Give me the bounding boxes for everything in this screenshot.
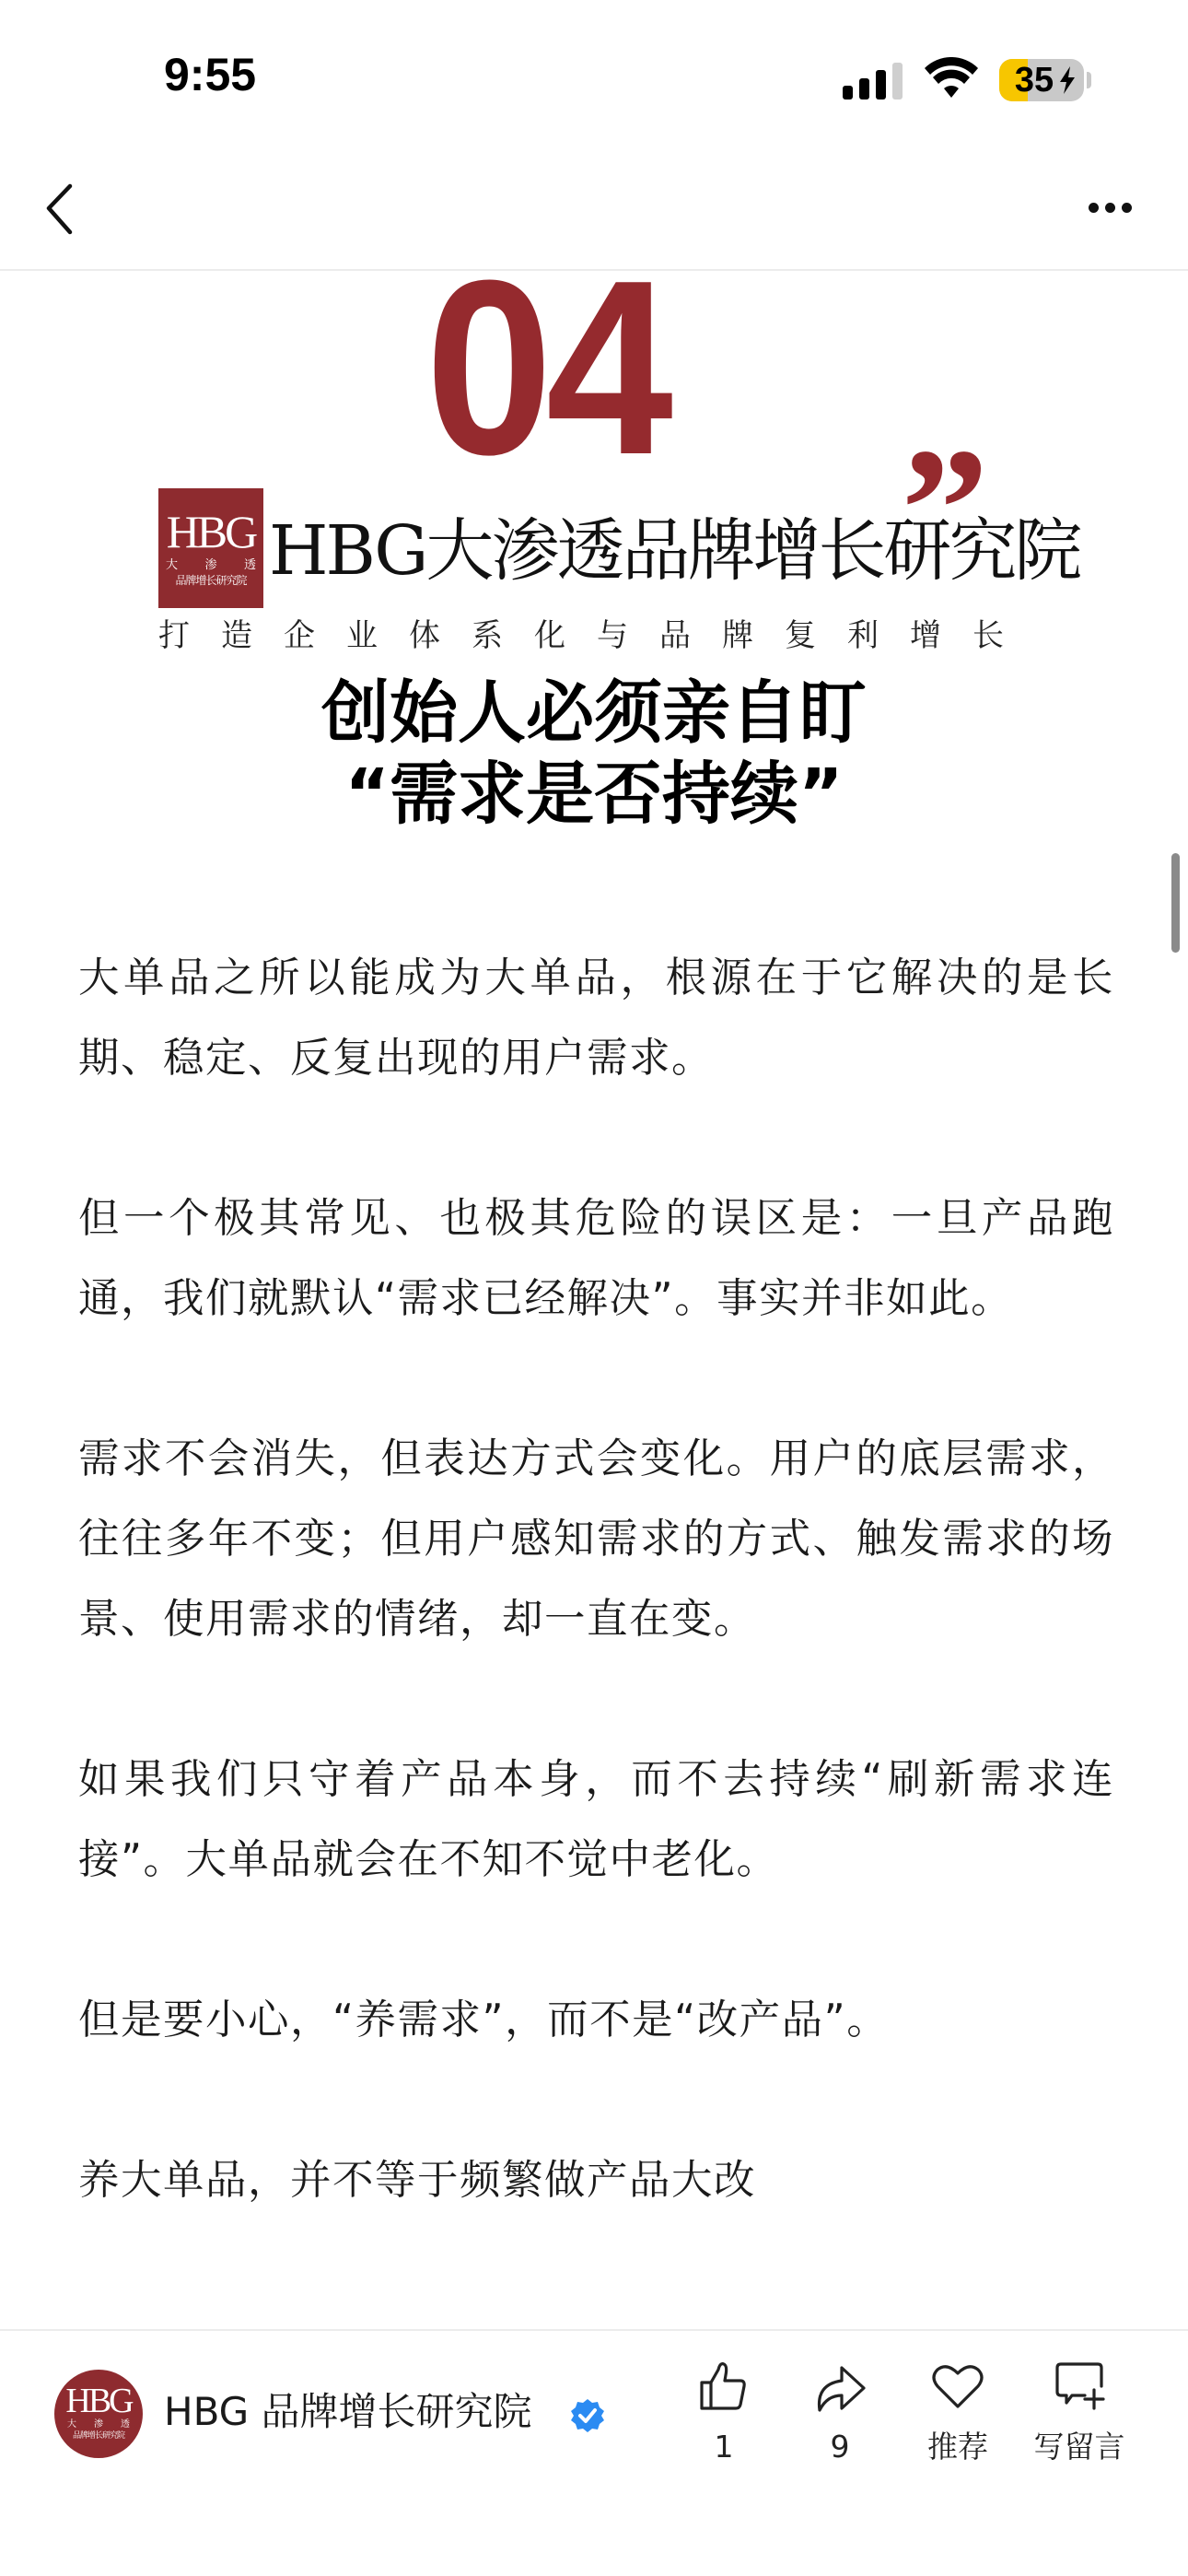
wifi-icon	[924, 57, 979, 100]
share-icon	[810, 2357, 869, 2416]
battery-indicator: 35	[999, 59, 1084, 101]
bottom-action-bar: HBG 大 渗 透 品牌增长研究院 HBG 品牌增长研究院 1 9 推荐	[0, 2329, 1188, 2576]
logo-text-hbg: HBG	[158, 505, 263, 558]
logo-char: 大	[166, 558, 178, 573]
logo-text-row: 大 渗 透	[158, 558, 263, 573]
write-comment-button[interactable]: 写留言	[1024, 2357, 1135, 2486]
scrollbar-thumb[interactable]	[1171, 853, 1180, 953]
recommend-button[interactable]: 推荐	[903, 2357, 1013, 2486]
verified-badge-icon	[569, 2397, 606, 2434]
share-button[interactable]: 9	[785, 2357, 895, 2486]
write-comment-label: 写留言	[1024, 2429, 1135, 2465]
more-options-button[interactable]	[1077, 184, 1142, 230]
heart-icon	[928, 2357, 987, 2416]
quote-mark-decoration: „	[903, 332, 972, 507]
like-button[interactable]: 1	[669, 2357, 779, 2486]
article-paragraph: 但一个极其常见、也极其危险的误区是：一旦产品跑通，我们就默认“需求已经解决”。事…	[78, 1178, 1114, 1339]
tagline-char: 复	[785, 615, 816, 656]
tagline-char: 与	[597, 615, 628, 656]
tagline: 打 造 企 业 体 系 化 与 品 牌 复 利 增 长	[158, 615, 1004, 656]
thumbs-up-icon	[694, 2357, 753, 2416]
headline-line-1: 创始人必须亲自盯	[0, 673, 1188, 754]
avatar-text-hbg: HBG	[54, 2383, 143, 2419]
charging-bolt-icon	[1058, 66, 1077, 94]
article-body: 大单品之所以能成为大单品，根源在于它解决的是长期、稳定、反复出现的用户需求。 但…	[78, 938, 1114, 2329]
avatar-subtitle: 品牌增长研究院	[54, 2430, 143, 2441]
avatar-text-row: 大 渗 透	[54, 2419, 143, 2430]
chevron-left-icon	[37, 177, 92, 241]
tagline-char: 长	[973, 615, 1004, 656]
headline-line-2: “需求是否持续”	[0, 754, 1188, 835]
cellular-signal-icon	[843, 63, 903, 100]
tagline-char: 体	[409, 615, 440, 656]
account-avatar[interactable]: HBG 大 渗 透 品牌增长研究院	[54, 2370, 143, 2458]
tagline-char: 系	[472, 615, 503, 656]
org-logo: HBG 大 渗 透 品牌增长研究院	[158, 488, 263, 608]
avatar-char: 大	[67, 2419, 76, 2430]
tagline-char: 化	[534, 615, 565, 656]
tagline-char: 业	[346, 615, 378, 656]
article-paragraph: 如果我们只守着产品本身，而不去持续“刷新需求连接”。大单品就会在不知不觉中老化。	[78, 1739, 1114, 1900]
article-headline: 创始人必须亲自盯 “需求是否持续”	[0, 673, 1188, 835]
comment-add-icon	[1050, 2357, 1109, 2416]
back-button[interactable]	[37, 177, 92, 241]
article-paragraph: 但是要小心，“养需求”，而不是“改产品”。	[78, 1980, 1114, 2060]
logo-char: 渗	[204, 558, 216, 573]
article-paragraph-partial: 养大单品，并不等于频繁做产品大改	[78, 2140, 1114, 2220]
recommend-label: 推荐	[903, 2429, 1013, 2465]
article-paragraph: 大单品之所以能成为大单品，根源在于它解决的是长期、稳定、反复出现的用户需求。	[78, 938, 1114, 1098]
org-title: HBG大渗透品牌增长研究院	[269, 505, 1079, 597]
tagline-char: 利	[847, 615, 879, 656]
account-name[interactable]: HBG 品牌增长研究院	[164, 2384, 532, 2440]
status-bar: 9:55 35	[0, 0, 1188, 157]
logo-char: 透	[244, 558, 256, 573]
more-horizontal-icon-dot	[1122, 203, 1132, 213]
more-horizontal-icon-dot	[1105, 203, 1115, 213]
article-paragraph: 需求不会消失，但表达方式会变化。用户的底层需求，往往多年不变；但用户感知需求的方…	[78, 1419, 1114, 1659]
logo-subtitle: 品牌增长研究院	[158, 573, 263, 588]
section-number: 04	[425, 263, 667, 474]
tagline-char: 增	[910, 615, 941, 656]
battery-cap	[1087, 72, 1091, 88]
tagline-char: 牌	[722, 615, 753, 656]
tagline-char: 品	[659, 615, 691, 656]
like-count: 1	[669, 2429, 779, 2465]
avatar-char: 透	[121, 2419, 130, 2430]
tagline-char: 造	[221, 615, 252, 656]
more-horizontal-icon-dot	[1089, 203, 1099, 213]
avatar-char: 渗	[94, 2419, 103, 2430]
status-time: 9:55	[164, 48, 256, 101]
share-count: 9	[785, 2429, 895, 2465]
tagline-char: 打	[158, 615, 190, 656]
tagline-char: 企	[284, 615, 315, 656]
